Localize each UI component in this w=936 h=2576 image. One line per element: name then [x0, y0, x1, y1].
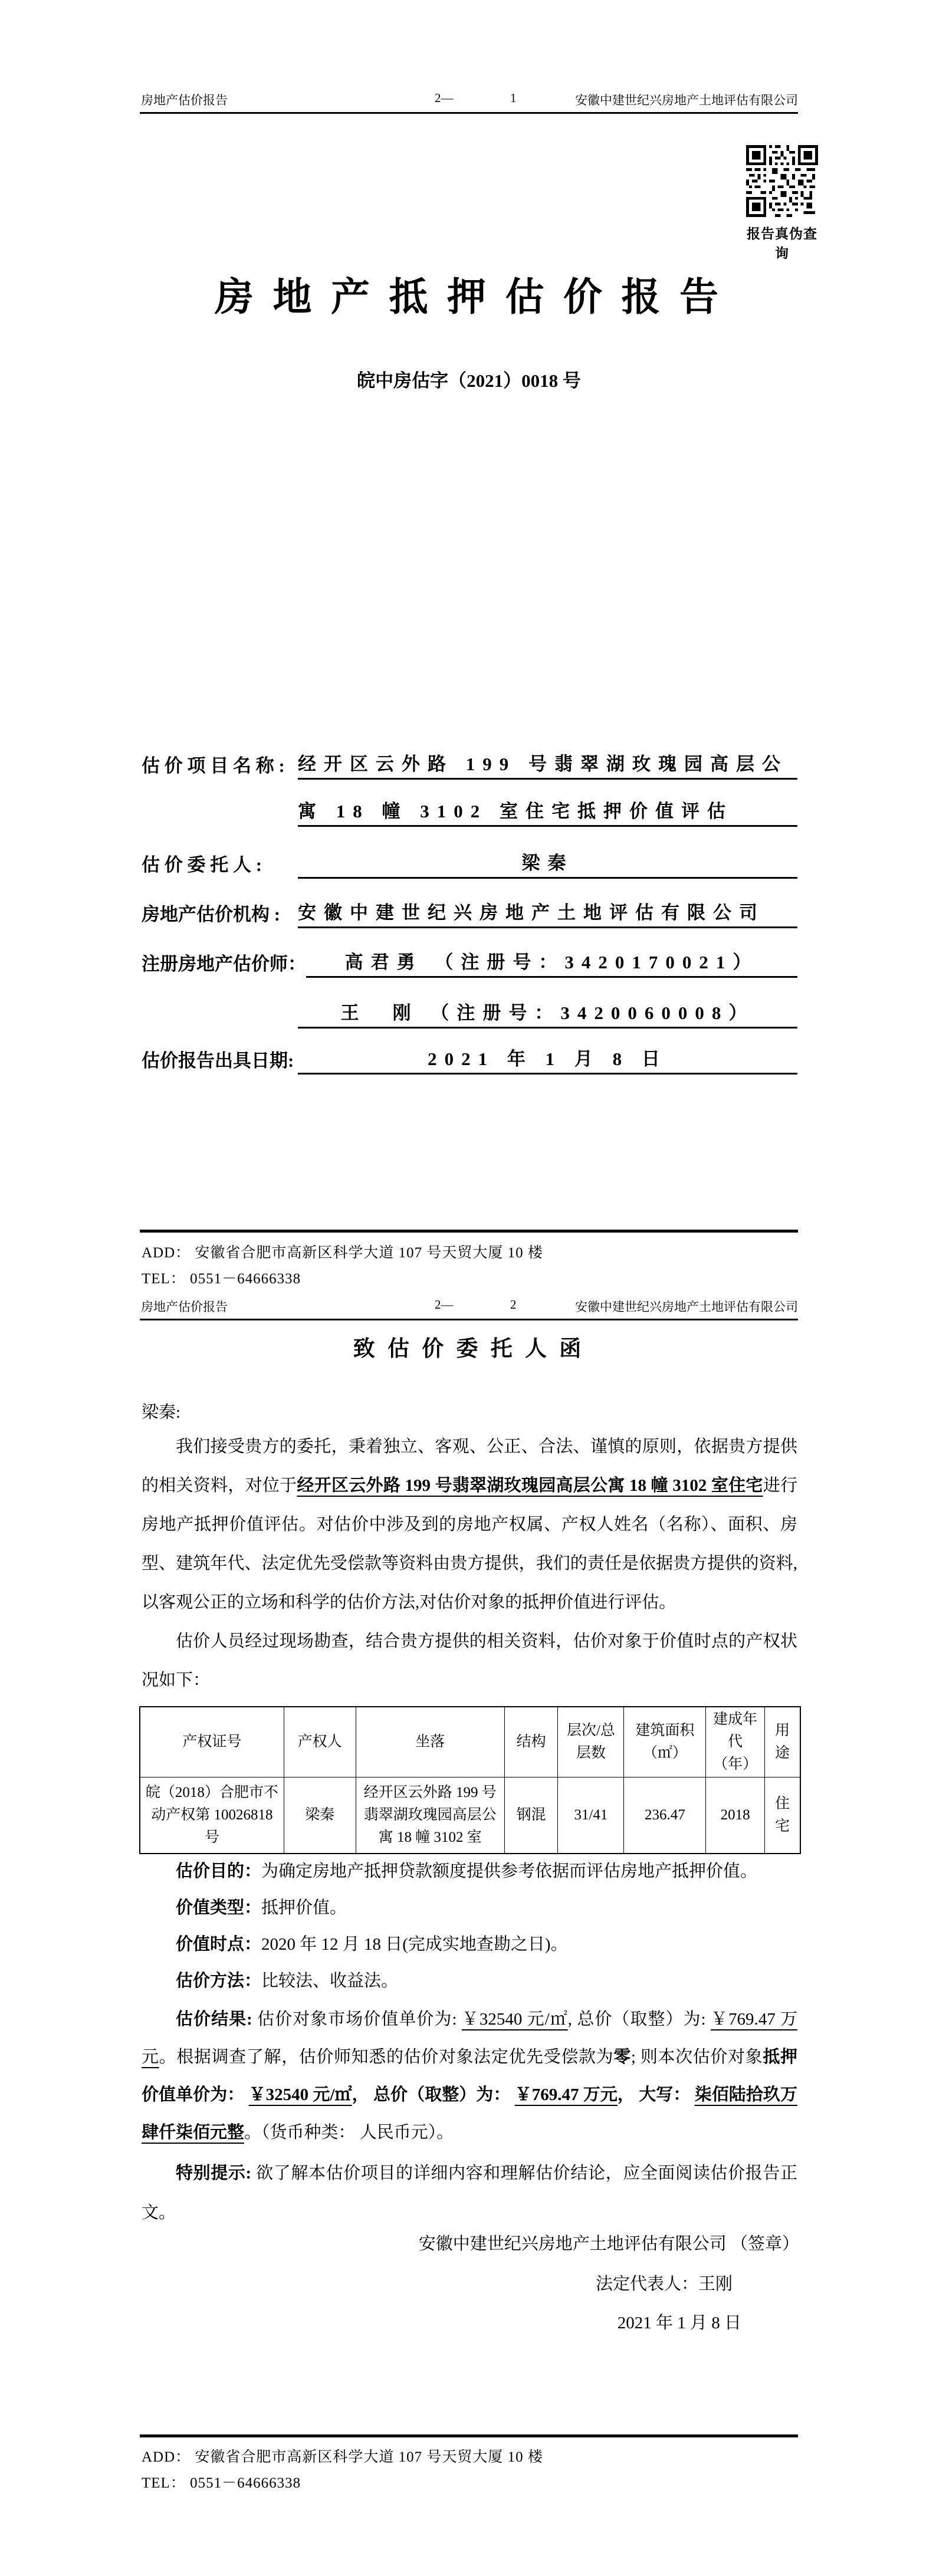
cell-structure: 钢混: [504, 1777, 558, 1854]
col-header-year-built: 建成年代（年）: [706, 1707, 765, 1777]
field-value: 经开区云外路 199 号翡翠湖玫瑰园高层公: [298, 749, 797, 780]
item-value: 2020 年 12 月 18 日(完成实地查勘之日)。: [261, 1935, 568, 1954]
field-appraiser-2: 王 刚 （注册号：3420060008）: [142, 995, 797, 1029]
para1-property-address: 经开区云外路 199 号翡翠湖玫瑰园高层公寓 18 幢 3102 室住宅: [297, 1476, 763, 1495]
cell-use: 住宅: [765, 1777, 801, 1854]
signature-date: 2021 年 1 月 8 日: [618, 2309, 741, 2334]
signature-company: 安徽中建世纪兴房地产土地评估有限公司 （签章）: [419, 2230, 799, 2255]
priority-payment-zero: 零: [613, 2048, 631, 2066]
page2-running-header: 房地产估价报告 2— 2 安徽中建世纪兴房地产土地评估有限公司: [140, 1293, 798, 1320]
col-header-owner: 产权人: [284, 1707, 356, 1777]
cell-owner: 梁秦: [284, 1777, 356, 1854]
page1-footer-phone: TEL： 0551－64666338: [142, 1267, 301, 1288]
field-value: 安徽中建世纪兴房地产土地评估有限公司: [298, 898, 797, 928]
header-page-number: 1: [510, 91, 517, 106]
special-note-paragraph: 特别提示: 欲了解本估价项目的详细内容和理解估价结论，应全面阅读估价报告正文。: [142, 2154, 797, 2233]
cell-location: 经开区云外路 199 号翡翠湖玫瑰园高层公寓 18 幢 3102 室: [356, 1777, 504, 1854]
letter-title: 致 估 价 委 托 人 函: [140, 1330, 798, 1362]
col-header-cert-no: 产权证号: [140, 1707, 284, 1777]
header-company-name: 安徽中建世纪兴房地产土地评估有限公司: [575, 1297, 798, 1315]
col-header-floor: 层次/总层数: [558, 1707, 624, 1777]
market-unit-price: ￥32540 元/㎡: [462, 2010, 568, 2029]
col-header-area: 建筑面积（㎡）: [624, 1707, 706, 1777]
field-label: 估 价 项 目 名 称 :: [142, 751, 298, 780]
field-value: 高君勇 （注册号：3420170021）: [306, 947, 797, 978]
table-data-row: 皖（2018）合肥市不动产权第 10026818 号 梁秦 经开区云外路 199…: [140, 1777, 800, 1854]
letter-salutation: 梁秦:: [142, 1399, 180, 1423]
appraisal-summary-items: 估价目的：为确定房地产抵押贷款额度提供参考依据而评估房地产抵押价值。 价值类型：…: [142, 1853, 797, 1999]
col-header-location: 坐落: [356, 1707, 504, 1777]
header-page-number: 2: [510, 1297, 517, 1312]
field-value: 2021 年 1 月 8 日: [298, 1044, 797, 1075]
result-text: ; 则本次估价对象: [631, 2048, 763, 2066]
page1-footer-rule: [140, 1230, 798, 1233]
item-label: 价值时点：: [176, 1935, 261, 1954]
report-title: 房 地 产 抵 押 估 价 报 告: [140, 265, 798, 321]
item-value: 比较法、收益法。: [261, 1972, 398, 1990]
cell-year-built: 2018: [706, 1777, 765, 1854]
cell-cert-no: 皖（2018）合肥市不动产权第 10026818 号: [140, 1777, 284, 1854]
col-header-structure: 结构: [504, 1707, 558, 1777]
report-verification-block: 报告真伪查询: [741, 145, 823, 262]
cell-area: 236.47: [624, 1777, 706, 1854]
field-label: 房地产估价机构 :: [142, 899, 298, 928]
field-agency: 房地产估价机构 : 安徽中建世纪兴房地产土地评估有限公司: [142, 895, 797, 928]
field-project-name-line1: 估 价 项 目 名 称 : 经开区云外路 199 号翡翠湖玫瑰园高层公: [142, 747, 797, 780]
field-client: 估 价 委 托 人 : 梁秦: [142, 846, 797, 879]
result-text: 。根据调查了解，估价师知悉的估价对象法定优先受偿款为: [159, 2048, 614, 2066]
field-label: 估价报告出具日期:: [142, 1046, 298, 1075]
item-value-date: 价值时点：2020 年 12 月 18 日(完成实地查勘之日)。: [142, 1926, 797, 1963]
field-value: 梁秦: [298, 848, 797, 879]
item-value: 为确定房地产抵押贷款额度提供参考依据而评估房地产抵押价值。: [261, 1862, 757, 1881]
para1-post: 进行房地产抵押价值评估。对估价中涉及到的房地产权属、产权人姓名（名称）、面积、房…: [142, 1476, 797, 1612]
field-label-spacer: [142, 824, 298, 827]
item-value-type: 价值类型：抵押价值。: [142, 1890, 797, 1926]
appraisal-report-document: 房地产估价报告 2— 1 安徽中建世纪兴房地产土地评估有限公司: [0, 0, 936, 2576]
mortgage-unit-price: ￥32540 元/㎡: [249, 2085, 352, 2104]
col-header-use: 用途: [765, 1707, 801, 1777]
field-value: 寓 18 幢 3102 室住宅抵押价值评估: [298, 796, 797, 827]
report-number: 皖中房估字（2021）0018 号: [140, 366, 798, 392]
letter-body: 我们接受贵方的委托，秉着独立、客观、公正、合法、谨慎的原则，依据贵方提供的相关资…: [142, 1427, 797, 1700]
field-issue-date: 估价报告出具日期: 2021 年 1 月 8 日: [142, 1041, 797, 1075]
page1-running-header: 房地产估价报告 2— 1 安徽中建世纪兴房地产土地评估有限公司: [140, 86, 798, 114]
result-text: 估价对象市场价值单价为:: [257, 2010, 462, 2029]
page2-footer-address: ADD： 安徽省合肥市高新区科学大道 107 号天贸大厦 10 楼: [142, 2445, 543, 2466]
page2-footer-rule: [140, 2434, 798, 2437]
field-value: 王 刚 （注册号：3420060008）: [298, 998, 797, 1029]
result-text: 。（货币种类： 人民币元）。: [244, 2123, 454, 2142]
qr-caption: 报告真伪查询: [741, 223, 823, 262]
letter-paragraph-1: 我们接受贵方的委托，秉着独立、客观、公正、合法、谨慎的原则，依据贵方提供的相关资…: [142, 1427, 797, 1622]
item-value: 抵押价值。: [261, 1898, 347, 1917]
field-label-spacer: [142, 1026, 298, 1029]
item-label: 估价方法：: [176, 1972, 261, 1990]
mortgage-total-price: ￥769.47 万元: [515, 2085, 618, 2104]
result-text-bold: ， 大写：: [618, 2085, 695, 2104]
property-rights-table: 产权证号 产权人 坐落 结构 层次/总层数 建筑面积（㎡） 建成年代（年） 用途…: [139, 1706, 801, 1854]
letter-paragraph-2: 估价人员经过现场勘查，结合贵方提供的相关资料，估价对象于价值时点的产权状况如下：: [142, 1622, 797, 1700]
item-method: 估价方法：比较法、收益法。: [142, 1963, 797, 1999]
field-label: 估 价 委 托 人 :: [142, 850, 298, 879]
cell-floor: 31/41: [558, 1777, 624, 1854]
header-company-name: 安徽中建世纪兴房地产土地评估有限公司: [575, 91, 798, 109]
header-doc-type: 房地产估价报告: [141, 1297, 228, 1315]
appraisal-result-paragraph: 估价结果: 估价对象市场价值单价为: ￥32540 元/㎡, 总价（取整）为: …: [142, 2000, 797, 2151]
result-text: , 总价（取整）为:: [568, 2010, 711, 2029]
item-purpose: 估价目的：为确定房地产抵押贷款额度提供参考依据而评估房地产抵押价值。: [142, 1853, 797, 1890]
result-label: 估价结果:: [176, 2010, 257, 2029]
item-label: 价值类型：: [176, 1898, 261, 1917]
special-note-label: 特别提示:: [176, 2164, 256, 2183]
result-text-bold: ， 总价（取整）为：: [352, 2085, 515, 2104]
item-label: 估价目的：: [176, 1862, 261, 1881]
qr-code-icon: [746, 145, 818, 217]
table-header-row: 产权证号 产权人 坐落 结构 层次/总层数 建筑面积（㎡） 建成年代（年） 用途: [140, 1707, 800, 1777]
header-page-series: 2—: [435, 1297, 454, 1312]
page1-footer-address: ADD： 安徽省合肥市高新区科学大道 107 号天贸大厦 10 楼: [142, 1241, 543, 1262]
field-appraiser-1: 注册房地产估价师： 高君勇 （注册号：3420170021）: [142, 945, 797, 978]
header-page-series: 2—: [435, 91, 454, 106]
field-label: 注册房地产估价师：: [142, 949, 306, 978]
field-project-name-line2: 寓 18 幢 3102 室住宅抵押价值评估: [142, 794, 797, 827]
page2-footer-phone: TEL： 0551－64666338: [142, 2471, 301, 2492]
header-doc-type: 房地产估价报告: [141, 91, 228, 109]
signature-legal-representative: 法定代表人：王刚: [596, 2271, 733, 2295]
